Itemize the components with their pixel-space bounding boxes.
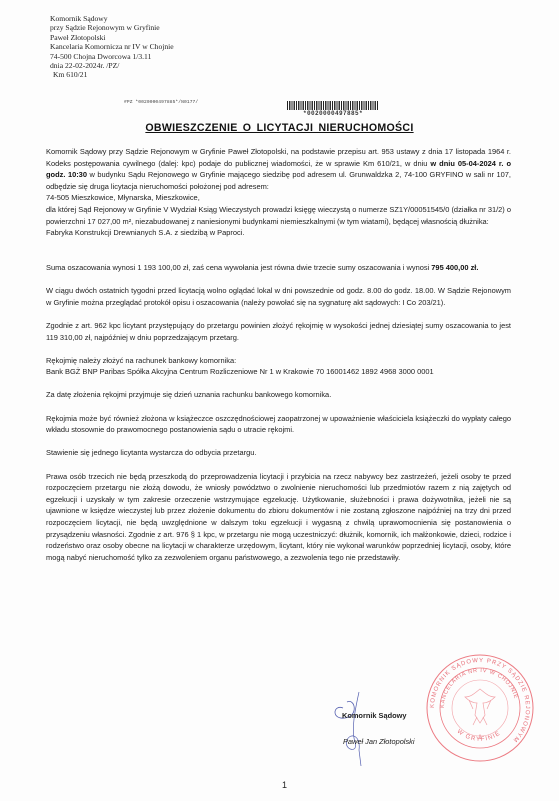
header-line: Paweł Złotopolski: [50, 33, 174, 42]
bank-account: Bank BGŻ BNP Paribas Spółka Akcyjna Cent…: [46, 366, 511, 378]
intro-paragraph: Komornik Sądowy przy Sądzie Rejonowym w …: [46, 146, 511, 192]
header-line: dnia 22-02-2024r. /PZ/: [50, 61, 174, 70]
bank-intro: Rękojmię należy złożyć na rachunek banko…: [46, 355, 511, 367]
barcode-text: *0020000497885*: [287, 110, 379, 117]
bailiff-header: Komornik Sądowy przy Sądzie Rejonowym w …: [50, 14, 174, 80]
savings-book-paragraph: Rękojmia może być również złożona w ksią…: [46, 413, 511, 436]
document-body: Komornik Sądowy przy Sądzie Rejonowym w …: [46, 146, 511, 563]
deposit-paragraph: Zgodnie z art. 962 kpc licytant przystęp…: [46, 320, 511, 343]
header-line: Komornik Sądowy: [50, 14, 174, 23]
third-party-rights-paragraph: Prawa osób trzecich nie będą przeszkodą …: [46, 471, 511, 564]
header-line: Kancelaria Komornicza nr IV w Chojnie: [50, 42, 174, 51]
property-address: 74-505 Mieszkowice, Młynarska, Mieszkowi…: [46, 192, 511, 204]
signature-name: Paweł Jan Złotopolski: [343, 737, 414, 746]
signature-title: Komornik Sądowy: [342, 711, 406, 720]
property-description: dla której Sąd Rejonowy w Gryfinie V Wyd…: [46, 204, 511, 227]
reference-code: #PZ *0020000497885*/N0177/: [124, 100, 198, 105]
official-stamp-icon: KOMORNIK SĄDOWY PRZY SĄDZIE REJONOWYM KA…: [425, 653, 535, 763]
page-number: 1: [282, 780, 287, 790]
barcode-icon: [287, 101, 379, 110]
one-bidder-paragraph: Stawienie się jednego licytanta wystarcz…: [46, 447, 511, 459]
document-title: OBWIESZCZENIE O LICYTACJI NIERUCHOMOŚCI: [0, 122, 559, 134]
valuation-paragraph: Suma oszacowania wynosi 1 193 100,00 zł,…: [46, 262, 511, 274]
eagle-emblem-icon: [465, 689, 495, 725]
deposit-date-paragraph: Za datę złożenia rękojmi przyjmuje się d…: [46, 389, 511, 401]
debtor-name: Fabryka Konstrukcji Drewnianych S.A. z s…: [46, 227, 511, 239]
document-page: Komornik Sądowy przy Sądzie Rejonowym w …: [0, 0, 559, 801]
viewing-paragraph: W ciągu dwóch ostatnich tygodni przed li…: [46, 285, 511, 308]
header-line: 74-500 Chojna Dworcowa 1/3.11: [50, 52, 174, 61]
starting-price: 795 400,00 zł.: [431, 263, 478, 272]
header-line: przy Sądzie Rejonowym w Gryfinie: [50, 23, 174, 32]
case-number: Km 610/21: [50, 70, 174, 79]
handwritten-signature-icon: [325, 690, 385, 770]
